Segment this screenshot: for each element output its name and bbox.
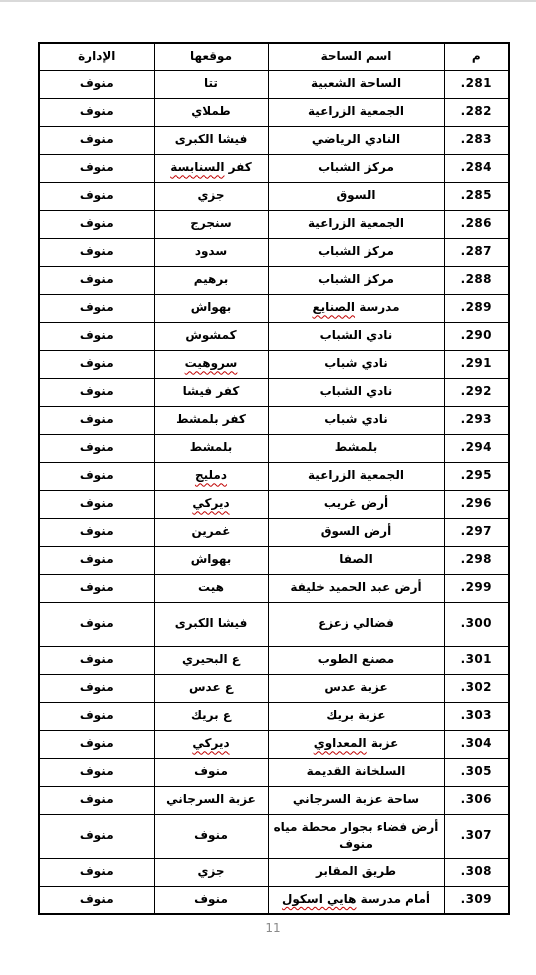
cell-admin: منوف <box>39 646 154 674</box>
cell-admin: منوف <box>39 518 154 546</box>
cell-admin: منوف <box>39 434 154 462</box>
table-row: .306ساحة عزبة السرجانيعزبة السرجانيمنوف <box>39 786 509 814</box>
cell-admin: منوف <box>39 294 154 322</box>
cell-location: منوف <box>154 886 268 914</box>
cell-admin: منوف <box>39 238 154 266</box>
cell-name: عزبة عدس <box>268 674 444 702</box>
cell-name: أمام مدرسة هايي اسكول <box>268 886 444 914</box>
table-row: .285السوقجزيمنوف <box>39 182 509 210</box>
cell-name: الصفا <box>268 546 444 574</box>
cell-number: .305 <box>444 758 509 786</box>
cell-admin: منوف <box>39 858 154 886</box>
cell-location: طملاي <box>154 98 268 126</box>
cell-number: .292 <box>444 378 509 406</box>
cell-name: نادي الشباب <box>268 378 444 406</box>
header-number: م <box>444 43 509 70</box>
cell-number: .303 <box>444 702 509 730</box>
cell-name: أرض السوق <box>268 518 444 546</box>
cell-admin: منوف <box>39 886 154 914</box>
cell-number: .284 <box>444 154 509 182</box>
window-top-border <box>0 0 536 2</box>
table-row: .294بلمشطبلمشطمنوف <box>39 434 509 462</box>
cell-number: .300 <box>444 602 509 646</box>
cell-location: دمليج <box>154 462 268 490</box>
cell-admin: منوف <box>39 70 154 98</box>
cell-location: ديركي <box>154 490 268 518</box>
table-row: .296أرض غريبديركيمنوف <box>39 490 509 518</box>
cell-name: عزبة المعداوي <box>268 730 444 758</box>
cell-location: سدود <box>154 238 268 266</box>
table-row: .286الجمعية الزراعيةسنجرجمنوف <box>39 210 509 238</box>
cell-name: فضالي زعزع <box>268 602 444 646</box>
misspelled-word: دمليج <box>195 468 227 482</box>
cell-location: بلمشط <box>154 434 268 462</box>
cell-admin: منوف <box>39 702 154 730</box>
cell-admin: منوف <box>39 814 154 858</box>
cell-location: هيت <box>154 574 268 602</box>
cell-number: .282 <box>444 98 509 126</box>
cell-name: ساحة عزبة السرجاني <box>268 786 444 814</box>
table-row: .281الساحة الشعبيةتتامنوف <box>39 70 509 98</box>
table-row: .282الجمعية الزراعيةطملايمنوف <box>39 98 509 126</box>
cell-admin: منوف <box>39 758 154 786</box>
cell-admin: منوف <box>39 674 154 702</box>
table-row: .287مركز الشبابسدودمنوف <box>39 238 509 266</box>
table-row: .305السلخانة القديمةمنوفمنوف <box>39 758 509 786</box>
cell-admin: منوف <box>39 350 154 378</box>
cell-name: أرض فضاء بجوار محطة مياه منوف <box>268 814 444 858</box>
cell-location: منوف <box>154 814 268 858</box>
cell-name: نادي الشباب <box>268 322 444 350</box>
table-row: .284مركز الشبابكفر السنابسةمنوف <box>39 154 509 182</box>
cell-location: كفر فيشا <box>154 378 268 406</box>
cell-location: ع بريك <box>154 702 268 730</box>
cell-admin: منوف <box>39 98 154 126</box>
cell-name: مركز الشباب <box>268 238 444 266</box>
table-row: .292نادي الشبابكفر فيشامنوف <box>39 378 509 406</box>
cell-location: جزي <box>154 858 268 886</box>
table-row: .298الصفابهواشمنوف <box>39 546 509 574</box>
cell-name: الساحة الشعبية <box>268 70 444 98</box>
cell-number: .297 <box>444 518 509 546</box>
cell-location: كمشوش <box>154 322 268 350</box>
table-row: .299أرض عبد الحميد خليفةهيتمنوف <box>39 574 509 602</box>
cell-location: برهيم <box>154 266 268 294</box>
table-row: .297أرض السوقغمرينمنوف <box>39 518 509 546</box>
cell-number: .290 <box>444 322 509 350</box>
cell-name: طريق المقابر <box>268 858 444 886</box>
cell-name: السلخانة القديمة <box>268 758 444 786</box>
cell-location: فيشا الكبرى <box>154 126 268 154</box>
cell-name: النادي الرياضي <box>268 126 444 154</box>
cell-admin: منوف <box>39 490 154 518</box>
cell-number: .287 <box>444 238 509 266</box>
cell-location: منوف <box>154 758 268 786</box>
cell-location: كفر السنابسة <box>154 154 268 182</box>
misspelled-word: السنابسة <box>170 160 224 174</box>
cell-name: مصنع الطوب <box>268 646 444 674</box>
cell-location: سروهيت <box>154 350 268 378</box>
cell-number: .288 <box>444 266 509 294</box>
cell-admin: منوف <box>39 322 154 350</box>
misspelled-word: الصنايع <box>312 300 355 314</box>
cell-name: الجمعية الزراعية <box>268 98 444 126</box>
cell-number: .301 <box>444 646 509 674</box>
table-row: .302عزبة عدسع عدسمنوف <box>39 674 509 702</box>
cell-admin: منوف <box>39 786 154 814</box>
cell-number: .304 <box>444 730 509 758</box>
cell-number: .309 <box>444 886 509 914</box>
misspelled-word: ديركي <box>192 496 229 510</box>
table-body: .281الساحة الشعبيةتتامنوف.282الجمعية الز… <box>39 70 509 914</box>
cell-admin: منوف <box>39 574 154 602</box>
header-admin: الإدارة <box>39 43 154 70</box>
table-row: .301مصنع الطوبع البحيريمنوف <box>39 646 509 674</box>
misspelled-word: المعداوي <box>314 736 367 750</box>
cell-admin: منوف <box>39 462 154 490</box>
cell-name: مركز الشباب <box>268 154 444 182</box>
misspelled-word: هايي اسكول <box>282 892 356 906</box>
squares-table: م اسم الساحة موقعها الإدارة .281الساحة ا… <box>38 42 510 915</box>
cell-number: .306 <box>444 786 509 814</box>
cell-number: .293 <box>444 406 509 434</box>
table-row: .309أمام مدرسة هايي اسكولمنوفمنوف <box>39 886 509 914</box>
header-location: موقعها <box>154 43 268 70</box>
cell-number: .289 <box>444 294 509 322</box>
cell-number: .291 <box>444 350 509 378</box>
table-row: .291نادي شبابسروهيتمنوف <box>39 350 509 378</box>
cell-name: نادي شباب <box>268 406 444 434</box>
misspelled-word: سروهيت <box>185 356 238 370</box>
table-row: .307أرض فضاء بجوار محطة مياه منوفمنوفمنو… <box>39 814 509 858</box>
cell-location: بهواش <box>154 294 268 322</box>
cell-admin: منوف <box>39 546 154 574</box>
cell-admin: منوف <box>39 210 154 238</box>
cell-number: .283 <box>444 126 509 154</box>
cell-number: .302 <box>444 674 509 702</box>
table-row: .290نادي الشبابكمشوشمنوف <box>39 322 509 350</box>
cell-admin: منوف <box>39 602 154 646</box>
cell-location: سنجرج <box>154 210 268 238</box>
cell-location: تتا <box>154 70 268 98</box>
table-header-row: م اسم الساحة موقعها الإدارة <box>39 43 509 70</box>
table-row: .295الجمعية الزراعيةدمليجمنوف <box>39 462 509 490</box>
header-name: اسم الساحة <box>268 43 444 70</box>
cell-number: .296 <box>444 490 509 518</box>
page-number: 11 <box>38 921 508 935</box>
cell-location: ع عدس <box>154 674 268 702</box>
table-row: .289مدرسة الصنايعبهواشمنوف <box>39 294 509 322</box>
cell-admin: منوف <box>39 378 154 406</box>
cell-location: عزبة السرجاني <box>154 786 268 814</box>
cell-number: .281 <box>444 70 509 98</box>
cell-name: بلمشط <box>268 434 444 462</box>
table-row: .288مركز الشباببرهيممنوف <box>39 266 509 294</box>
cell-name: الجمعية الزراعية <box>268 210 444 238</box>
cell-location: غمرين <box>154 518 268 546</box>
cell-number: .298 <box>444 546 509 574</box>
table-row: .293نادي شبابكفر بلمشطمنوف <box>39 406 509 434</box>
document-page: { "page": { "number": "11" }, "colors": … <box>0 0 536 975</box>
cell-name: الجمعية الزراعية <box>268 462 444 490</box>
cell-name: أرض عبد الحميد خليفة <box>268 574 444 602</box>
cell-name: عزبة بريك <box>268 702 444 730</box>
cell-location: بهواش <box>154 546 268 574</box>
cell-number: .294 <box>444 434 509 462</box>
table-row: .283النادي الرياضيفيشا الكبرىمنوف <box>39 126 509 154</box>
cell-number: .307 <box>444 814 509 858</box>
cell-location: ع البحيري <box>154 646 268 674</box>
cell-name: مركز الشباب <box>268 266 444 294</box>
cell-admin: منوف <box>39 182 154 210</box>
cell-number: .299 <box>444 574 509 602</box>
cell-name: نادي شباب <box>268 350 444 378</box>
cell-admin: منوف <box>39 730 154 758</box>
cell-location: فيشا الكبرى <box>154 602 268 646</box>
cell-number: .295 <box>444 462 509 490</box>
misspelled-word: ديركي <box>192 736 229 750</box>
cell-admin: منوف <box>39 406 154 434</box>
cell-admin: منوف <box>39 154 154 182</box>
table-row: .304عزبة المعداويديركيمنوف <box>39 730 509 758</box>
cell-admin: منوف <box>39 126 154 154</box>
cell-admin: منوف <box>39 266 154 294</box>
cell-location: جزي <box>154 182 268 210</box>
cell-location: ديركي <box>154 730 268 758</box>
cell-number: .286 <box>444 210 509 238</box>
table-row: .300فضالي زعزعفيشا الكبرىمنوف <box>39 602 509 646</box>
table-row: .308طريق المقابرجزيمنوف <box>39 858 509 886</box>
cell-name: أرض غريب <box>268 490 444 518</box>
cell-number: .308 <box>444 858 509 886</box>
table-row: .303عزبة بريكع بريكمنوف <box>39 702 509 730</box>
cell-number: .285 <box>444 182 509 210</box>
cell-name: السوق <box>268 182 444 210</box>
cell-location: كفر بلمشط <box>154 406 268 434</box>
cell-name: مدرسة الصنايع <box>268 294 444 322</box>
